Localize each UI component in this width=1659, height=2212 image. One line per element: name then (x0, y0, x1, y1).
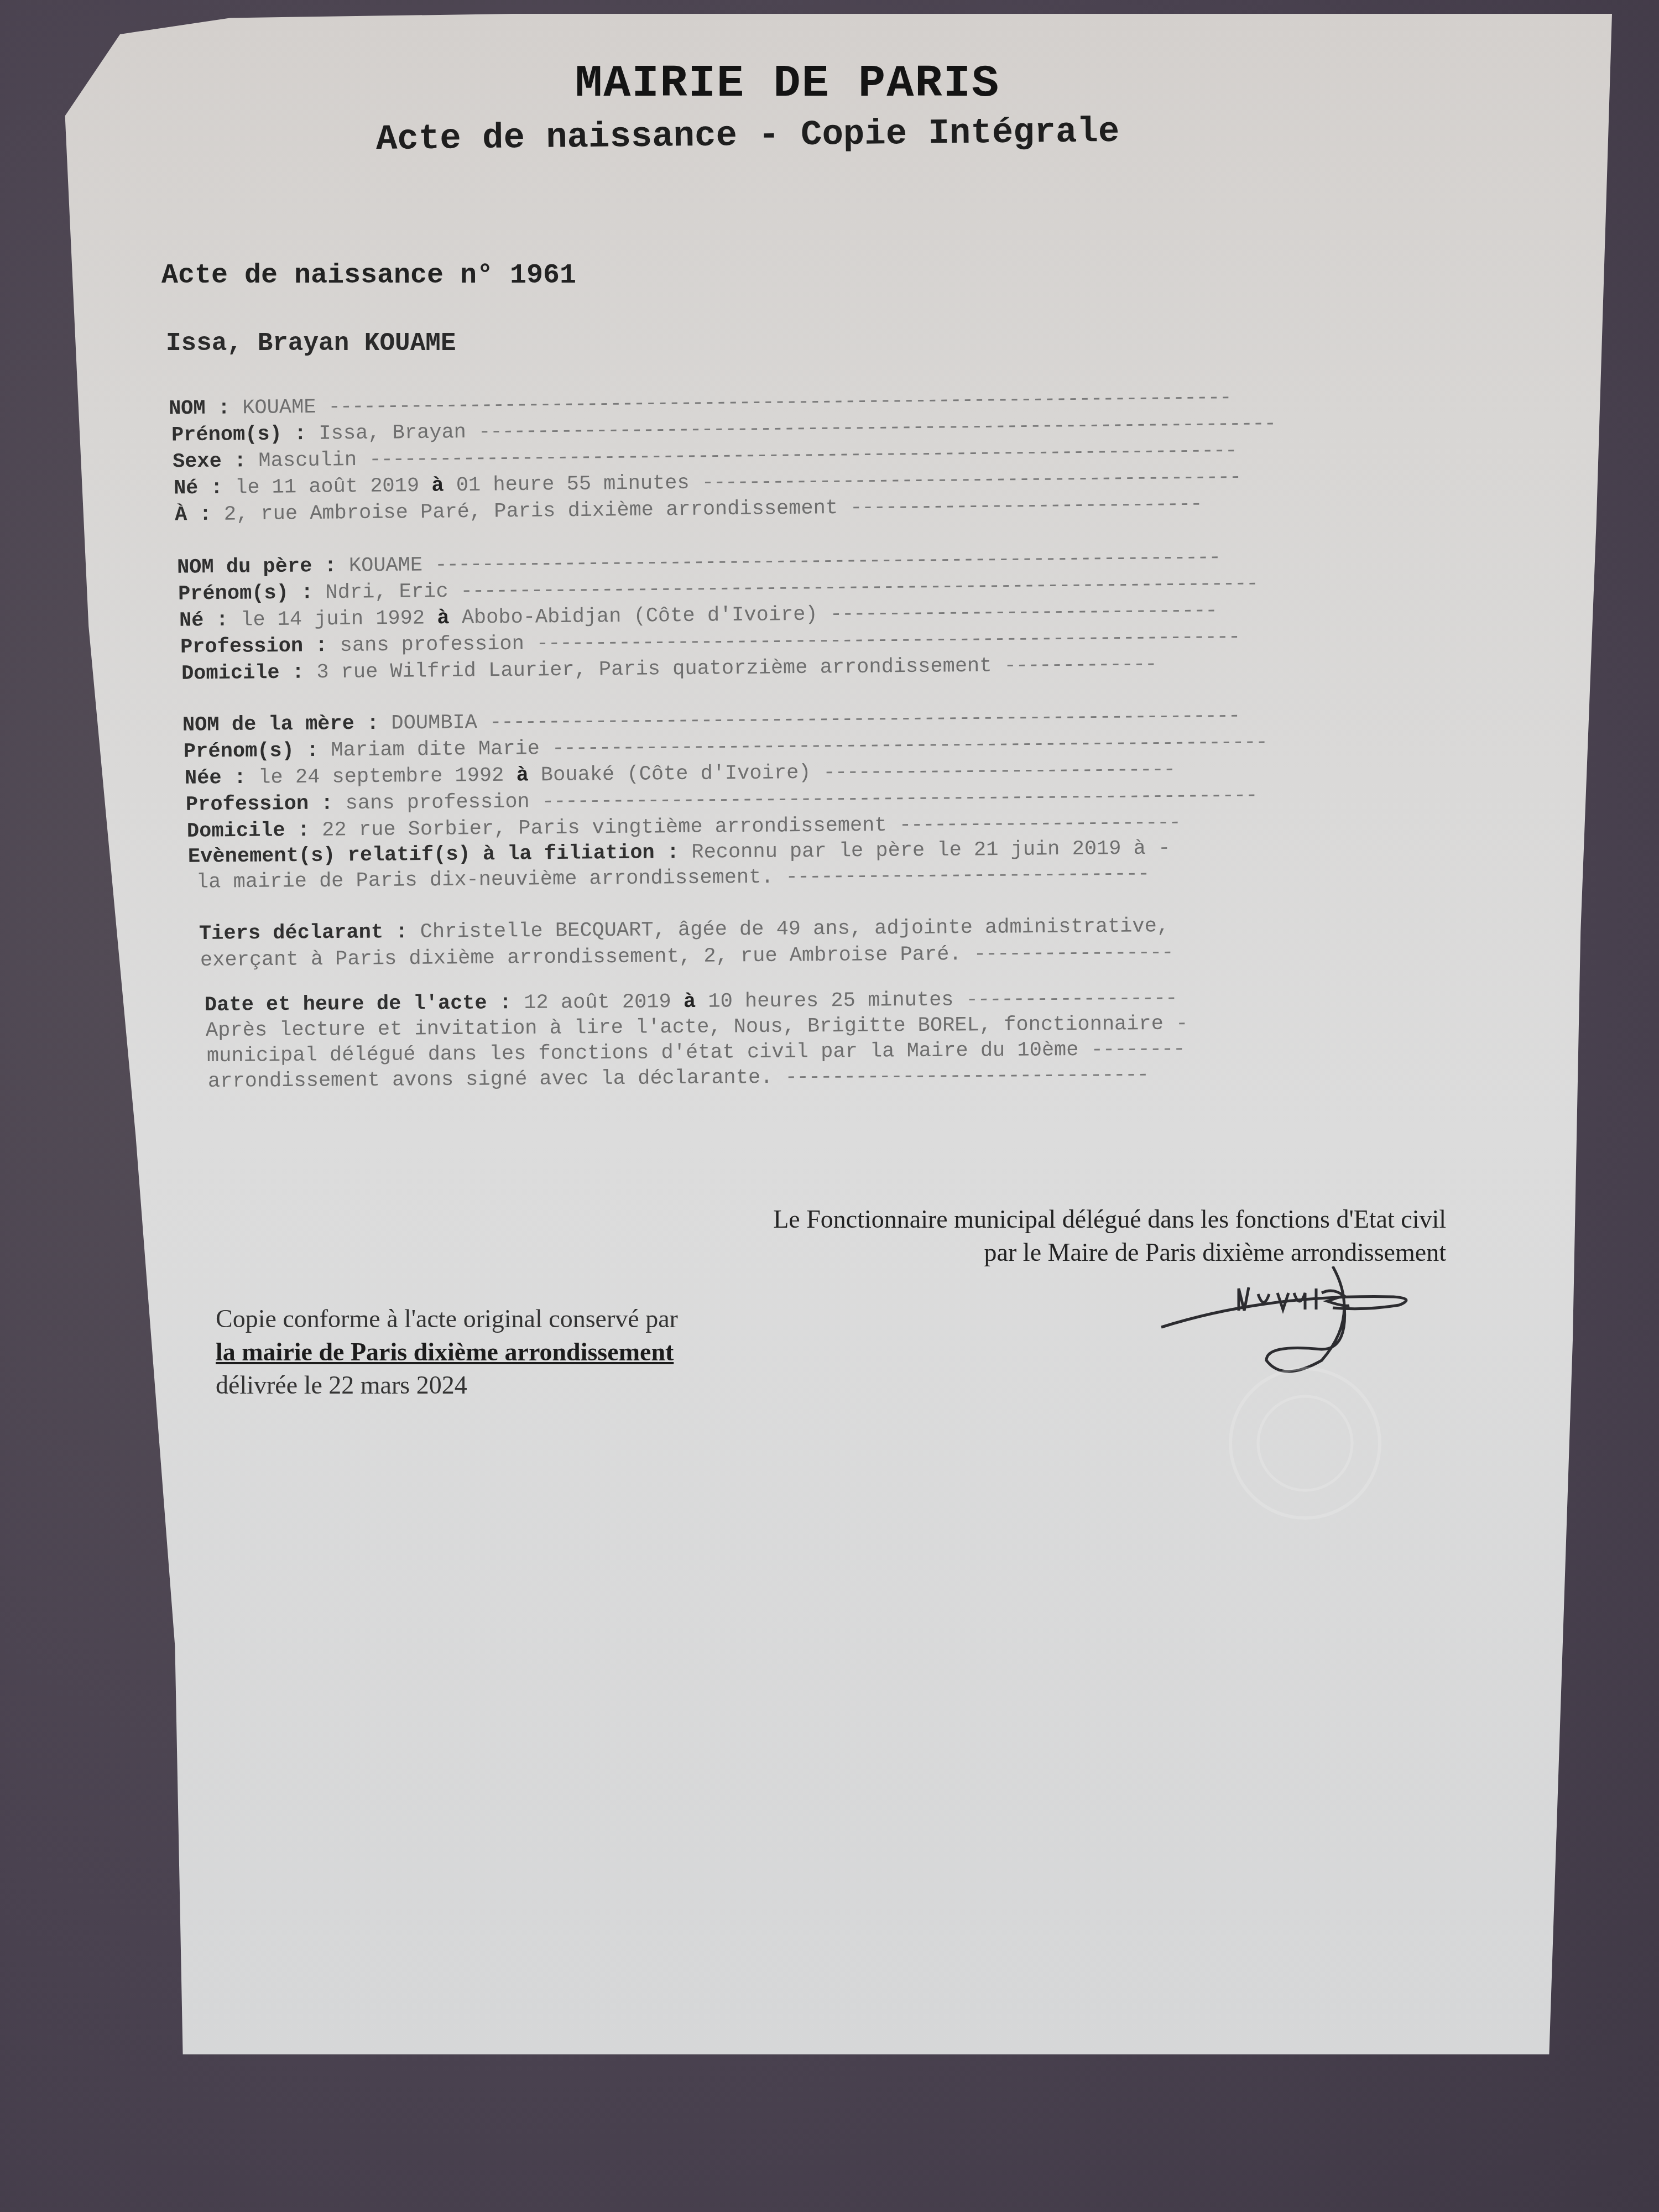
certification-block: Copie conforme à l'acte original conserv… (216, 1302, 678, 1402)
child-firstnames: Issa, Brayan (319, 421, 466, 446)
certification-line-3: délivrée le 22 mars 2024 (216, 1369, 678, 1402)
act-text-line-4: arrondissement avons signé avec la décla… (208, 1062, 1325, 1093)
child-surname: KOUAME (242, 396, 316, 420)
certification-line-1: Copie conforme à l'acte original conserv… (216, 1302, 678, 1335)
child-sex: Masculin (258, 448, 357, 473)
birth-certificate: MAIRIE DE PARIS Acte de naissance - Copi… (0, 0, 1659, 2212)
signatory-line-1: Le Fonctionnaire municipal délégué dans … (773, 1203, 1446, 1236)
declarant-line-1: Tiers déclarant : Christelle BECQUART, â… (199, 914, 1316, 946)
document-type-title: Acte de naissance - Copie Intégrale (376, 112, 1120, 160)
act-number: Acte de naissance n° 1961 (161, 260, 576, 291)
certification-line-2: la mairie de Paris dixième arrondissemen… (216, 1335, 678, 1369)
declarant-line-2: exerçant à Paris dixième arrondissement,… (200, 940, 1317, 972)
signatory-line-2: par le Maire de Paris dixième arrondisse… (773, 1236, 1446, 1269)
embossed-seal (1217, 1360, 1394, 1526)
subject-name: Issa, Brayan KOUAME (166, 329, 456, 358)
authority-title: MAIRIE DE PARIS (575, 58, 1000, 109)
signatory-block: Le Fonctionnaire municipal délégué dans … (773, 1203, 1446, 1269)
